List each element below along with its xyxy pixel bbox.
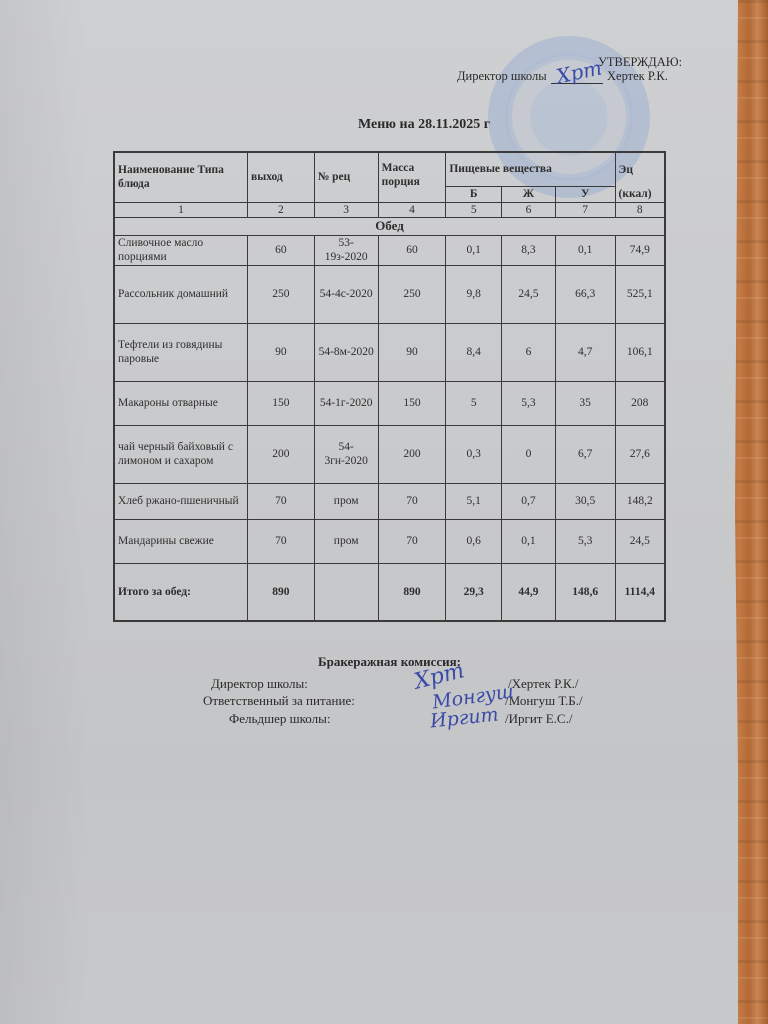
cell-output: 60 xyxy=(248,235,315,265)
section-row: Обед xyxy=(114,217,665,235)
commission-role-medic: Фельдшер школы: xyxy=(229,711,330,727)
cell-mass: 200 xyxy=(378,425,446,483)
cell-output: 150 xyxy=(248,381,315,425)
total-fat: 44,9 xyxy=(502,563,556,621)
column-numbers-row: 12345678 xyxy=(114,202,665,217)
cell-carbs: 6,7 xyxy=(555,425,615,483)
column-number: 6 xyxy=(502,202,556,217)
cell-protein: 8,4 xyxy=(446,323,502,381)
cell-energy: 525,1 xyxy=(615,265,665,323)
cell-carbs: 66,3 xyxy=(555,265,615,323)
total-label: Итого за обед: xyxy=(114,563,248,621)
total-output: 890 xyxy=(248,563,315,621)
cell-fat: 5,3 xyxy=(502,381,556,425)
document-page: УТВЕРЖДАЮ: Директор школы Хертек Р.К. Хр… xyxy=(0,0,738,1024)
table-row: Хлеб ржано-пшеничный70пром705,10,730,514… xyxy=(114,483,665,519)
cell-name: Хлеб ржано-пшеничный xyxy=(114,483,248,519)
cell-protein: 5 xyxy=(446,381,502,425)
column-number: 8 xyxy=(615,202,665,217)
table-row: чай черный байховый с лимоном и сахаром2… xyxy=(114,425,665,483)
approval-position: Директор школы xyxy=(457,69,547,84)
cell-name: Тефтели из говядины паровые xyxy=(114,323,248,381)
header-name: Наименование Типа блюда xyxy=(114,152,248,202)
cell-name: чай черный байховый с лимоном и сахаром xyxy=(114,425,248,483)
commission-name-nutrition: /Монгуш Т.Б./ xyxy=(505,693,583,709)
cell-carbs: 30,5 xyxy=(555,483,615,519)
cell-mass: 70 xyxy=(378,483,446,519)
cell-name: Сливочное масло порциями xyxy=(114,235,248,265)
cell-name: Мандарины свежие xyxy=(114,519,248,563)
cell-mass: 70 xyxy=(378,519,446,563)
approval-name: Хертек Р.К. xyxy=(607,69,668,84)
menu-table: Наименование Типа блюда выход № рец Масс… xyxy=(113,151,666,622)
total-carbs: 148,6 xyxy=(555,563,615,621)
section-title: Обед xyxy=(114,217,665,235)
header-output: выход xyxy=(248,152,315,202)
cell-fat: 0,7 xyxy=(502,483,556,519)
commission-role-nutrition: Ответственный за питание: xyxy=(203,693,355,709)
total-energy: 1114,4 xyxy=(615,563,665,621)
cell-fat: 0,1 xyxy=(502,519,556,563)
cell-fat: 6 xyxy=(502,323,556,381)
table-header-row: Наименование Типа блюда выход № рец Масс… xyxy=(114,152,665,186)
table-row: Тефтели из говядины паровые9054-8м-20209… xyxy=(114,323,665,381)
total-row: Итого за обед: 890 890 29,3 44,9 148,6 1… xyxy=(114,563,665,621)
cell-protein: 0,6 xyxy=(446,519,502,563)
approval-heading: УТВЕРЖДАЮ: xyxy=(598,55,682,70)
cell-fat: 0 xyxy=(502,425,556,483)
column-number: 1 xyxy=(114,202,248,217)
header-nutrients: Пищевые вещества xyxy=(446,152,615,186)
cell-carbs: 0,1 xyxy=(555,235,615,265)
cell-name: Рассольник домашний xyxy=(114,265,248,323)
cell-protein: 0,1 xyxy=(446,235,502,265)
cell-output: 70 xyxy=(248,519,315,563)
cell-mass: 250 xyxy=(378,265,446,323)
table-row: Рассольник домашний25054-4с-20202509,824… xyxy=(114,265,665,323)
cell-energy: 24,5 xyxy=(615,519,665,563)
cell-protein: 5,1 xyxy=(446,483,502,519)
cell-mass: 150 xyxy=(378,381,446,425)
cell-recipe: 54-1г-2020 xyxy=(314,381,378,425)
cell-recipe: пром xyxy=(314,483,378,519)
column-number: 5 xyxy=(446,202,502,217)
cell-output: 200 xyxy=(248,425,315,483)
cell-protein: 0,3 xyxy=(446,425,502,483)
cell-protein: 9,8 xyxy=(446,265,502,323)
cell-energy: 148,2 xyxy=(615,483,665,519)
column-number: 7 xyxy=(555,202,615,217)
header-carbs: У xyxy=(555,186,615,202)
table-row: Мандарины свежие70пром700,60,15,324,5 xyxy=(114,519,665,563)
column-number: 3 xyxy=(314,202,378,217)
commission-role-director: Директор школы: xyxy=(211,676,308,692)
cell-energy: 208 xyxy=(615,381,665,425)
cell-mass: 90 xyxy=(378,323,446,381)
cell-output: 90 xyxy=(248,323,315,381)
column-number: 4 xyxy=(378,202,446,217)
header-mass: Масса порция xyxy=(378,152,446,202)
cell-energy: 74,9 xyxy=(615,235,665,265)
column-number: 2 xyxy=(248,202,315,217)
table-row: Макароны отварные15054-1г-202015055,3352… xyxy=(114,381,665,425)
header-recipe: № рец xyxy=(314,152,378,202)
cell-carbs: 4,7 xyxy=(555,323,615,381)
cell-carbs: 35 xyxy=(555,381,615,425)
commission-name-director: /Хертек Р.К./ xyxy=(508,676,579,692)
cell-recipe: 54-4с-2020 xyxy=(314,265,378,323)
header-protein: Б xyxy=(446,186,502,202)
header-energy: Эц xyxy=(615,152,665,186)
total-protein: 29,3 xyxy=(446,563,502,621)
cell-recipe: 54-3гн-2020 xyxy=(314,425,378,483)
total-recipe xyxy=(314,563,378,621)
cell-recipe: 54-8м-2020 xyxy=(314,323,378,381)
cell-output: 70 xyxy=(248,483,315,519)
cell-recipe: 53-19з-2020 xyxy=(314,235,378,265)
commission-name-medic: /Иргит Е.С./ xyxy=(505,711,572,727)
cell-energy: 27,6 xyxy=(615,425,665,483)
cell-output: 250 xyxy=(248,265,315,323)
cell-energy: 106,1 xyxy=(615,323,665,381)
table-row: Сливочное масло порциями6053-19з-2020600… xyxy=(114,235,665,265)
cell-carbs: 5,3 xyxy=(555,519,615,563)
cell-fat: 8,3 xyxy=(502,235,556,265)
cell-recipe: пром xyxy=(314,519,378,563)
header-fat: Ж xyxy=(502,186,556,202)
header-energy-unit: (ккал) xyxy=(615,186,665,202)
total-mass: 890 xyxy=(378,563,446,621)
cell-fat: 24,5 xyxy=(502,265,556,323)
page-title: Меню на 28.11.2025 г xyxy=(358,117,490,133)
cell-name: Макароны отварные xyxy=(114,381,248,425)
cell-mass: 60 xyxy=(378,235,446,265)
